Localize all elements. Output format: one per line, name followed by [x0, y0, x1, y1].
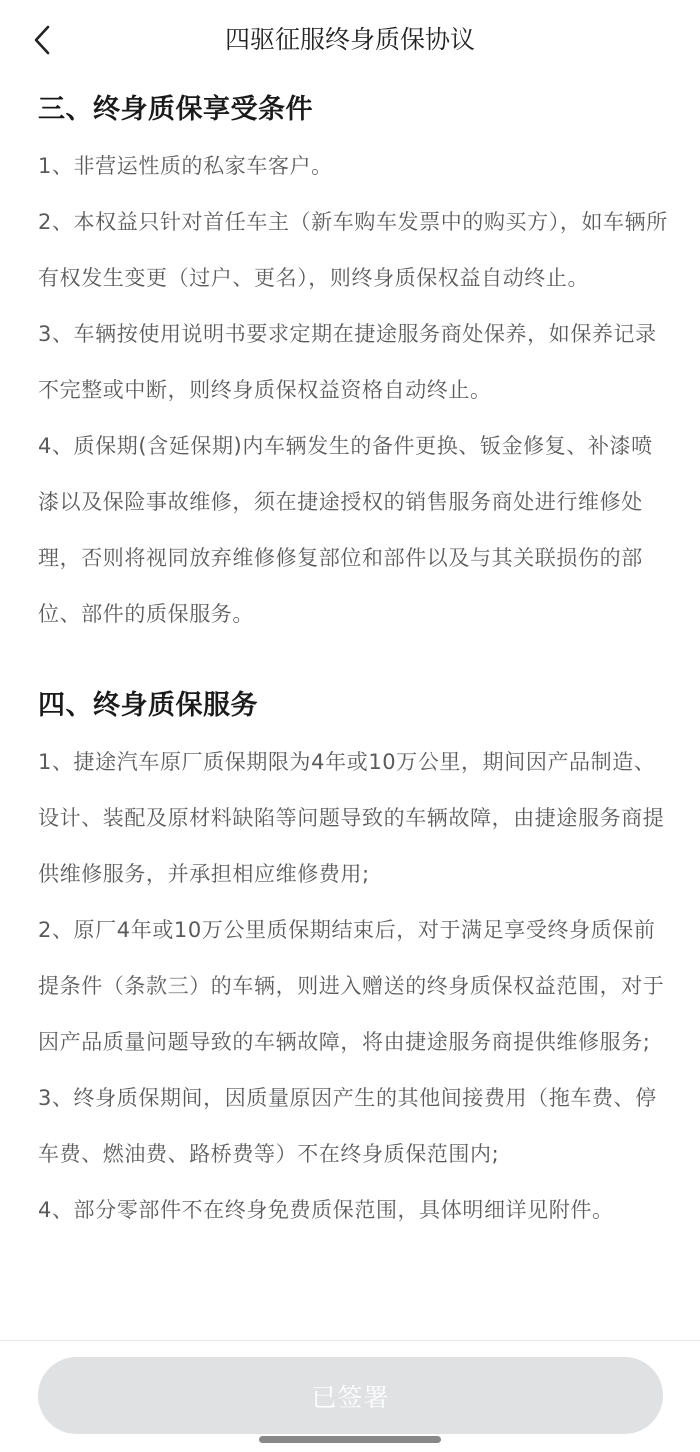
- section-eligibility-conditions: 三、终身质保享受条件 1、非营运性质的私家车客户。 2、本权益只针对首任车主（新…: [38, 82, 668, 642]
- clause-item: 2、本权益只针对首任车主（新车购车发票中的购买方），如车辆所有权发生变更（过户、…: [38, 194, 668, 306]
- page-title: 四驱征服终身质保协议: [0, 22, 700, 58]
- clause-item: 3、车辆按使用说明书要求定期在捷途服务商处保养，如保养记录不完整或中断，则终身质…: [38, 306, 668, 418]
- section-title: 四、终身质保服务: [38, 678, 668, 734]
- home-indicator[interactable]: [259, 1436, 441, 1443]
- footer-divider: [0, 1340, 700, 1341]
- clause-item: 3、终身质保期间，因质量原因产生的其他间接费用（拖车费、停车费、燃油费、路桥费等…: [38, 1070, 668, 1182]
- nav-bar: 四驱征服终身质保协议: [0, 0, 700, 80]
- signed-button-label: 已签署: [311, 1378, 389, 1414]
- signed-button[interactable]: 已签署: [38, 1357, 663, 1434]
- clause-item: 4、部分零部件不在终身免费质保范围，具体明细详见附件。: [38, 1182, 668, 1238]
- clause-item: 1、捷途汽车原厂质保期限为4年或10万公里，期间因产品制造、设计、装配及原材料缺…: [38, 734, 668, 902]
- section-title: 三、终身质保享受条件: [38, 82, 668, 138]
- clause-item: 4、质保期(含延保期)内车辆发生的备件更换、钣金修复、补漆喷漆以及保险事故维修，…: [38, 418, 668, 642]
- section-warranty-service: 四、终身质保服务 1、捷途汽车原厂质保期限为4年或10万公里，期间因产品制造、设…: [38, 678, 668, 1238]
- clause-item: 2、原厂4年或10万公里质保期结束后，对于满足享受终身质保前提条件（条款三）的车…: [38, 902, 668, 1070]
- agreement-content[interactable]: 三、终身质保享受条件 1、非营运性质的私家车客户。 2、本权益只针对首任车主（新…: [38, 82, 668, 1340]
- clause-item: 1、非营运性质的私家车客户。: [38, 138, 668, 194]
